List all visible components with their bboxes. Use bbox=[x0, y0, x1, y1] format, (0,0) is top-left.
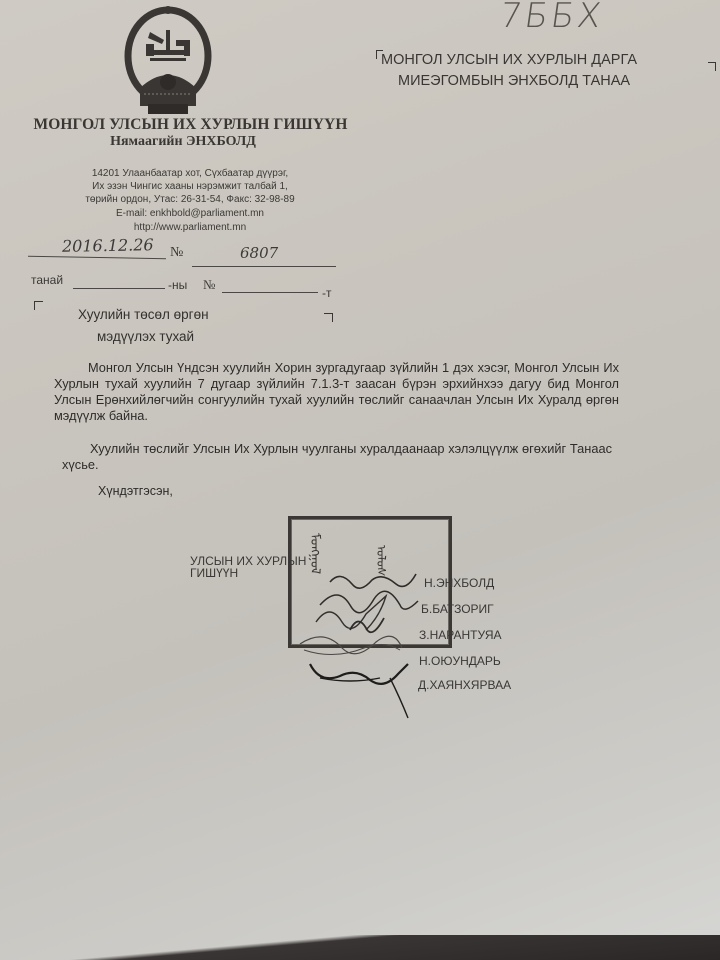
your-date-underline bbox=[73, 288, 165, 289]
contact-phone-fax: төрийн ордон, Утас: 26-31-54, Факс: 32-9… bbox=[60, 194, 320, 205]
your-number-underline bbox=[222, 292, 318, 293]
number-underline bbox=[192, 266, 336, 267]
closing-text: Хүндэтгэсэн, bbox=[98, 484, 173, 498]
handwritten-date: 2016.12.26 bbox=[62, 235, 154, 256]
contact-email: E-mail: enkhbold@parliament.mn bbox=[60, 208, 320, 219]
signer-name-4: Н.ОЮУНДАРЬ bbox=[419, 654, 501, 668]
your-number-label: № bbox=[203, 277, 215, 293]
signer-name-3: З.НАРАНТУЯА bbox=[419, 628, 501, 642]
subject-corner-left bbox=[34, 301, 43, 310]
addressee-line-1: МОНГОЛ УЛСЫН ИХ ХУРЛЫН ДАРГА bbox=[381, 52, 711, 68]
addressee-line-2: МИЕЭГОМБЫН ЭНХБОЛД ТАНАА bbox=[398, 73, 720, 89]
subject-line-2: мэдүүлэх тухай bbox=[97, 329, 194, 344]
handwritten-registration-number: 7ББХ bbox=[497, 0, 606, 36]
your-label: танай bbox=[31, 273, 63, 287]
handwritten-number: 6807 bbox=[240, 244, 278, 262]
signer-name-5: Д.ХАЯНХЯРВАА bbox=[418, 678, 511, 692]
signer-role-line-2: ГИШҮҮН bbox=[190, 566, 238, 580]
subject-corner-right bbox=[324, 313, 333, 322]
state-emblem-icon bbox=[122, 4, 214, 116]
t-label: -т bbox=[322, 286, 332, 300]
body-paragraph-1: Монгол Улсын Үндсэн хуулийн Хорин зургад… bbox=[54, 360, 619, 424]
body-paragraph-2: Хуулийн төслийг Улсын Их Хурлын чуулганы… bbox=[62, 441, 612, 473]
subject-line-1: Хуулийн төсөл өргөн bbox=[78, 307, 209, 322]
ny-label: -ны bbox=[168, 278, 187, 292]
signer-name-2: Б.БАТЗОРИГ bbox=[421, 602, 494, 616]
signer-name-1: Н.ЭНХБОЛД bbox=[424, 576, 494, 590]
addressee-corner-right bbox=[708, 62, 716, 71]
letterhead-title: МОНГОЛ УЛСЫН ИХ ХУРЛЫН ГИШҮҮН bbox=[18, 116, 363, 134]
photo-dark-edge bbox=[0, 935, 720, 960]
contact-address-2: Их эзэн Чингис хааны нэрэмжит талбай 1, bbox=[60, 181, 320, 192]
signatures-scribble bbox=[290, 560, 430, 730]
number-label: № bbox=[170, 245, 183, 261]
contact-website: http://www.parliament.mn bbox=[60, 222, 320, 233]
contact-address-1: 14201 Улаанбаатар хот, Сүхбаатар дүүрэг, bbox=[60, 168, 320, 179]
letterhead-name: Нямаагийн ЭНХБОЛД bbox=[18, 134, 348, 150]
date-underline bbox=[28, 256, 166, 259]
